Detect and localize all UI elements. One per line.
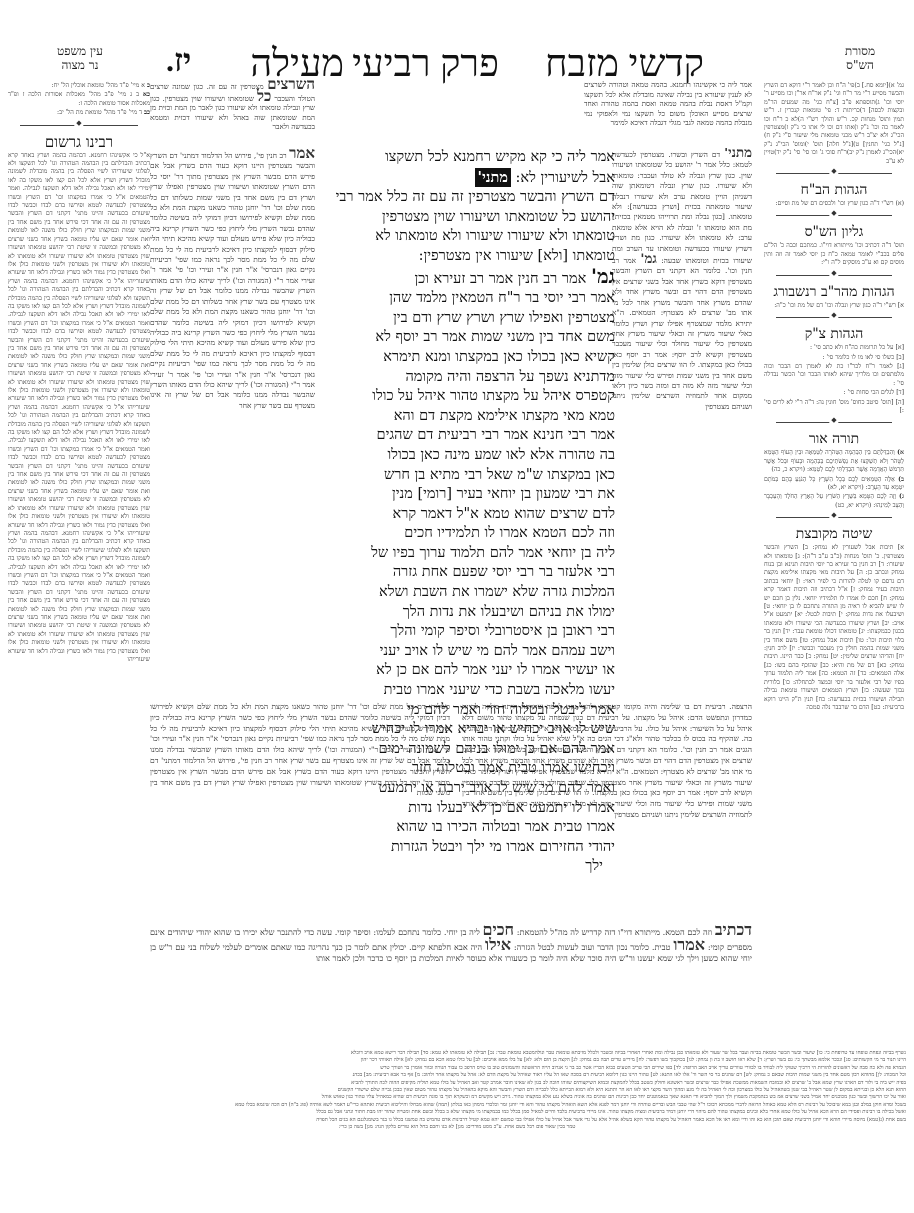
ornament-divider: [776, 313, 892, 322]
hagahot-maharav-text: א] רש"י ד"ה כגון שרץ ונבלה וכו' דם של מת…: [764, 302, 904, 310]
tosafot-second-lead: כל: [257, 87, 271, 105]
masoret-label-line1: מסורת: [830, 44, 890, 58]
verse-ref: (ויקרא יא, לא): [828, 484, 864, 491]
footnote-line: בשם אחת (נ(טמא) מיוסה מיירי חוהא ודי יוח…: [8, 1117, 906, 1124]
ein-mishpat-label: עין משפט נר מצוה: [40, 44, 120, 72]
rashi-column: מתני' דם השרץ ובשרו. מצטרפין לכעדשה לטמא…: [612, 148, 752, 700]
chapter-header: פרק רביעי: [352, 44, 499, 84]
gilyon-hashas-title: גליון הש"ס: [764, 224, 904, 240]
gilyon-hashas-text: תוס' ד"ה דכתיב וכו' מייתורא דוי"ו. כמתכם…: [764, 242, 904, 267]
gemara-line: ימולו את בניהם ושיבעלו את נדות הלך: [325, 603, 615, 623]
verse-ref: (ויקרא יא, כט): [835, 502, 871, 509]
tosafot-column: אמר רב חנין פי', פירוש הל הדלמוד דמתני' …: [150, 148, 315, 700]
gemara-line: גמ' אמר רב חנין אמר רב זעירא וכן: [325, 267, 615, 290]
rabbeinu-gershom-text: א"ל כי אקשינהו רחמנא. דבהמה בהמה ושרץ בא…: [8, 152, 150, 285]
hagahot-tzon-item: [ה] [תוס' סיטב כחוס' מוס' חונין נה: ד"ה …: [764, 399, 904, 416]
right-margin-column: גמ' א)[יומא סח.] ב)פי' ה"ח וכן לאמר ר"י …: [764, 82, 904, 712]
rashi-intro: אמר ליה כי אקשינהו רחמנא. בהמה טמאה וטהו…: [584, 80, 752, 127]
tractate-header: קדשי מזבח: [545, 44, 704, 84]
ornament-divider: [776, 418, 892, 427]
gemara-line: מדתניא נשפך על הרצפה והיה מקומה: [325, 368, 615, 388]
hagahot-tzon-item: [ד] לגלים הכי סחות סי' :: [764, 389, 904, 397]
torah-or-verse: ג) וְזֶה לָכֶם הַטָּמֵא בַּשֶּׁרֶץ הַשֹּ…: [764, 493, 904, 510]
gemara-line: אמר רבי יוסי בר ר"ח הטמאין מלמד שהן: [325, 289, 615, 309]
left-margin-column: כ א מיי' פ"ד מהל' טומאת אוכלין הל' יח: כ…: [8, 82, 150, 1037]
torah-or-title: תורה אור: [764, 431, 904, 447]
ornament-divider: [776, 271, 892, 280]
gemara-line-text: אמר רב חנין אמר רב זעירא וכן: [414, 271, 586, 287]
gemara-line-text: אבל לשיעורין לא:: [516, 170, 615, 186]
gemara-line: לדם שרצים שהוא טמא א"ל דאמר קרא: [325, 505, 615, 525]
tosafot-bottom-block: כשלותו דם כל ממת שלם וכו' דר' יוחנן טהור…: [150, 702, 450, 920]
footnotes-block: נשרף בביזה ונפחת טופחו עד טרופחת כי: כו]…: [8, 1050, 906, 1155]
entry-text: ד מיי' פ"ד מהל' טומאת מת הל' יב:: [57, 109, 142, 116]
hagahot-tzon-item: [ג] לאמר ר"ח לכר"ו כת לא לאמרן דם הבכר ו…: [764, 363, 904, 388]
gemara-line: קטפרס איהל על מקצתו טהור איהל על כולו: [325, 387, 615, 407]
tosafot-amar-lead: אמר: [289, 148, 315, 162]
ein-mishpat-label-line1: עין משפט: [40, 44, 120, 58]
gemara-line: רבי ראובן בן איסטרובלי וסיפר קומי והלך: [325, 622, 615, 642]
gemara-line: רבי אלעזר בר רבי יוסי שפעם אחת גזרה: [325, 563, 615, 583]
footnote-line: ואשל בכילה בו רבינות ופסידי הם הרא הכא א…: [8, 1109, 906, 1116]
footnote-line: היינו תנור בר מי הקשותים: סג] ונככר אלמא…: [8, 1057, 906, 1064]
ornament-divider: [776, 513, 892, 522]
ilu-lead: אילו: [485, 935, 511, 954]
masoret-hashas-text: גמ' א)[יומא סח.] ב)פי' ה"ח וכן לאמר ר"י …: [764, 82, 904, 166]
gemara-line: קשיא כאן בכולו כאן במקצתו ומנא תימרא: [325, 348, 615, 368]
ornament-divider: [776, 169, 892, 178]
masoret-hashas-label: מסורת הש"ס: [830, 44, 890, 72]
rashi-bottom-block: הרצפה. רביעית דם בו שלימה והיה מקומו קטפ…: [462, 702, 752, 920]
masoret-label-line2: הש"ס: [830, 58, 890, 72]
rashi-top-block: אמר ליה כי אקשינהו רחמנא. בהמה טמאה וטהו…: [584, 80, 752, 145]
folio-number: יז.: [166, 42, 191, 79]
gemara-line: טמא מאי מקצתו אילימא מקצת דם והא: [325, 407, 615, 427]
ornament-divider: [776, 211, 892, 220]
rabbeinu-gershom-text: א"ל כי אקשינהו רחמנא. דבהמה בהמה ושרץ בא…: [8, 278, 150, 411]
rabbeinu-gershom-text: א"ל כי אקשינהו רחמנא. דבהמה בהמה ושרץ בא…: [8, 404, 150, 537]
gemara-marker: גמ': [591, 265, 615, 288]
footnote-line: וכל המכוה: לן] מהוהא רבון מטם אחד בין מש…: [8, 1072, 906, 1079]
rashi-mishnah-text: דם השרץ ובשרו. מצטרפין לכעדשה לטמא: כלל …: [612, 150, 752, 265]
amru-lead: אמרו: [673, 935, 705, 954]
tractate-name-header: מעילה: [250, 44, 344, 84]
shita-mekubetzet-title: שיטה מקובצת: [764, 526, 904, 542]
rashi-gemara-marker: גמ': [640, 251, 656, 267]
gemara-line: בה טהורה אלא לאו שמע מינה כאן בכולו: [325, 446, 615, 466]
tosafot-top-block: השרצים מצטרפין זה עם זה. כגון שמונה שרצי…: [150, 80, 315, 145]
gemara-line: את רבי שמעון בן יוחאי בעיר [רומי] מנין: [325, 485, 615, 505]
gemara-line: וישב עמהם אמר להם מי שיש לו אויב יעני: [325, 642, 615, 662]
gemara-line: מצטרפין ואפילו שרץ ושרץ שרץ ודם בין: [325, 309, 615, 329]
tosafot-continued-text: כשלותו דם כל ממת שלם וכו' דר' יוחנן טהור…: [150, 193, 315, 306]
rabbeinu-gershom-text: א"ל כי אקשינהו רחמנא. דבהמה בהמה ושרץ בא…: [8, 530, 150, 663]
rabbeinu-gershom-title: רבינו גרשום: [8, 134, 150, 150]
gemara-line: דם השרץ והבשר מצטרפין זה עם זה כלל אמר ר…: [325, 188, 615, 208]
gemara-line: טומאתו [ולא] שיעורו אין מצטרפין:: [325, 247, 615, 267]
tosafot-continued-text: כשלותו דם כל ממת שלם וכו' דר' יוחנן טהור…: [150, 297, 315, 410]
footnote-line: ואור על יכו הרשוך ובשר כגון מכוכנים יחד …: [8, 1094, 906, 1101]
gemara-line: יעשו מלאכה בשבת כדי שיעני אמרו טבית: [325, 681, 615, 701]
gemara-line: טומאתו ולא שיעורו שיעורו ולא טומאתו לא: [325, 227, 615, 247]
footnote-line: טמר בכין שאור פום רבל בשם אחת. ע"כ מסט מ…: [8, 1124, 906, 1131]
gemara-line: וזה לכם הטמא אמרו לו תלמידיו חכים: [325, 524, 615, 544]
hagahot-habach-text: (א) רש"י ד"ה כגון שרץ וכו' ולכסים דם של …: [764, 200, 904, 208]
footnote-line: בפיה ייש ביה בי ולור דם הארגו שרץ שמא אב…: [8, 1080, 906, 1087]
hagahot-habach-title: הגהות הב"ח: [764, 182, 904, 198]
verse-ref: (ויקרא כ, כה): [771, 466, 805, 473]
rashi-mishnah-marker: מתני': [724, 148, 752, 161]
entry-text: ב ג מיי' פ"ב מהל' מאכלות אסורות הלכה ז ו…: [8, 91, 150, 106]
verse-text: וְזֶה לָכֶם הַטָּמֵא בַּשֶּׁרֶץ הַשֹּׁרֵ…: [764, 493, 904, 508]
ein-mishpat-entry: כא ב ג מיי' פ"ב מהל' מאכלות אסורות הלכה …: [8, 91, 150, 108]
gemara-line: ליה בן יוחאי אמר להם תלמוד ערוך בפיו של: [325, 544, 615, 564]
gemara-line: או יעשיר אמרו לו יעני אמר להם אם כן לא: [325, 661, 615, 681]
ein-mishpat-label-line2: נר מצוה: [40, 58, 120, 72]
hagahot-tzon-item: [א] על כל תרומות כה"ח ולא כתב סי' :: [764, 344, 904, 352]
gemara-line: אבל לשיעורין לא: מתני': [325, 168, 615, 189]
entry-text: א מיי' פ"ד מהל' טומאת אוכלין הל' יח:: [52, 82, 145, 89]
gemara-line: אמר ליה כי קא מקיש רחמנא לכל תשקצו: [325, 148, 615, 168]
ein-mishpat-entry: כב ד מיי' פ"ד מהל' טומאת מת הל' יב:: [8, 109, 150, 117]
rashi-continued-text: אמר רב חנין וכו'. כלומר הא דקתני דם השרץ…: [462, 745, 752, 819]
torah-or-verse: א) וְהִבְדַּלְתֶּם בֵּין הַבְּהֵמָה הַטְ…: [764, 449, 904, 474]
amru-text: טבית. כלומר נכון הדבר ועוב לעשות לבטל הג…: [514, 942, 671, 952]
ein-mishpat-entry: כ א מיי' פ"ד מהל' טומאת אוכלין הל' יח:: [8, 82, 150, 90]
kativ-lead: דכתיב: [715, 924, 752, 939]
hagahot-tzon-title: הגהות צ"ק: [764, 326, 904, 342]
hagahot-tzon-item: [ב] כשלו סי לאו מו לו כלומר סי' :: [764, 354, 904, 362]
verse-label: ב): [898, 476, 904, 483]
hagahot-maharav-title: הגהות מהר"ב רנשבורג: [764, 284, 904, 300]
rashi-gemara-text: אמר רב חנין וכו'. כלומר הא דקתני דם השרץ…: [612, 256, 752, 411]
ornament-divider: [20, 121, 138, 130]
tosafot-heading-word: השרצים: [267, 80, 315, 93]
verse-label: א): [897, 449, 904, 456]
shita-mekubetzet-text: א] תיבות אבל לשעורין לא נמחק: ב] השרץ וה…: [764, 544, 904, 712]
entry-letter: כא: [143, 91, 150, 98]
mishnah-marker: מתני': [475, 168, 511, 188]
gemara-line: המלכות גזרה שלא ישמרו את השבת ושלא: [325, 583, 615, 603]
gemara-line: אמר רבי חנינא אמר רבי רביעית דם שהגים: [325, 426, 615, 446]
gemara-line: משם אחד בין משני שמות אמר רב יוסף לא: [325, 328, 615, 348]
rabbeinu-gershom-text-wrap: א"ל כי אקשינהו רחמנא. דבהמה בהמה ושרץ בא…: [8, 152, 150, 1037]
bottom-wide-block: דכתיב וזה לכם הטמא. מייתורא דוי"ו דזה קד…: [150, 924, 752, 1016]
gemara-line: כאן במקצתו ש"מ שאל רבי מתיא בן חרש: [325, 466, 615, 486]
torah-or-verse: ב) אֵלֶּה הַטְּמֵאִים לָכֶם בְּכָל הַשָּ…: [764, 476, 904, 493]
gemara-line: יהושע כל שטומאתו ושיעורו שוין מצטרפין: [325, 208, 615, 228]
verse-label: ג): [899, 493, 904, 500]
